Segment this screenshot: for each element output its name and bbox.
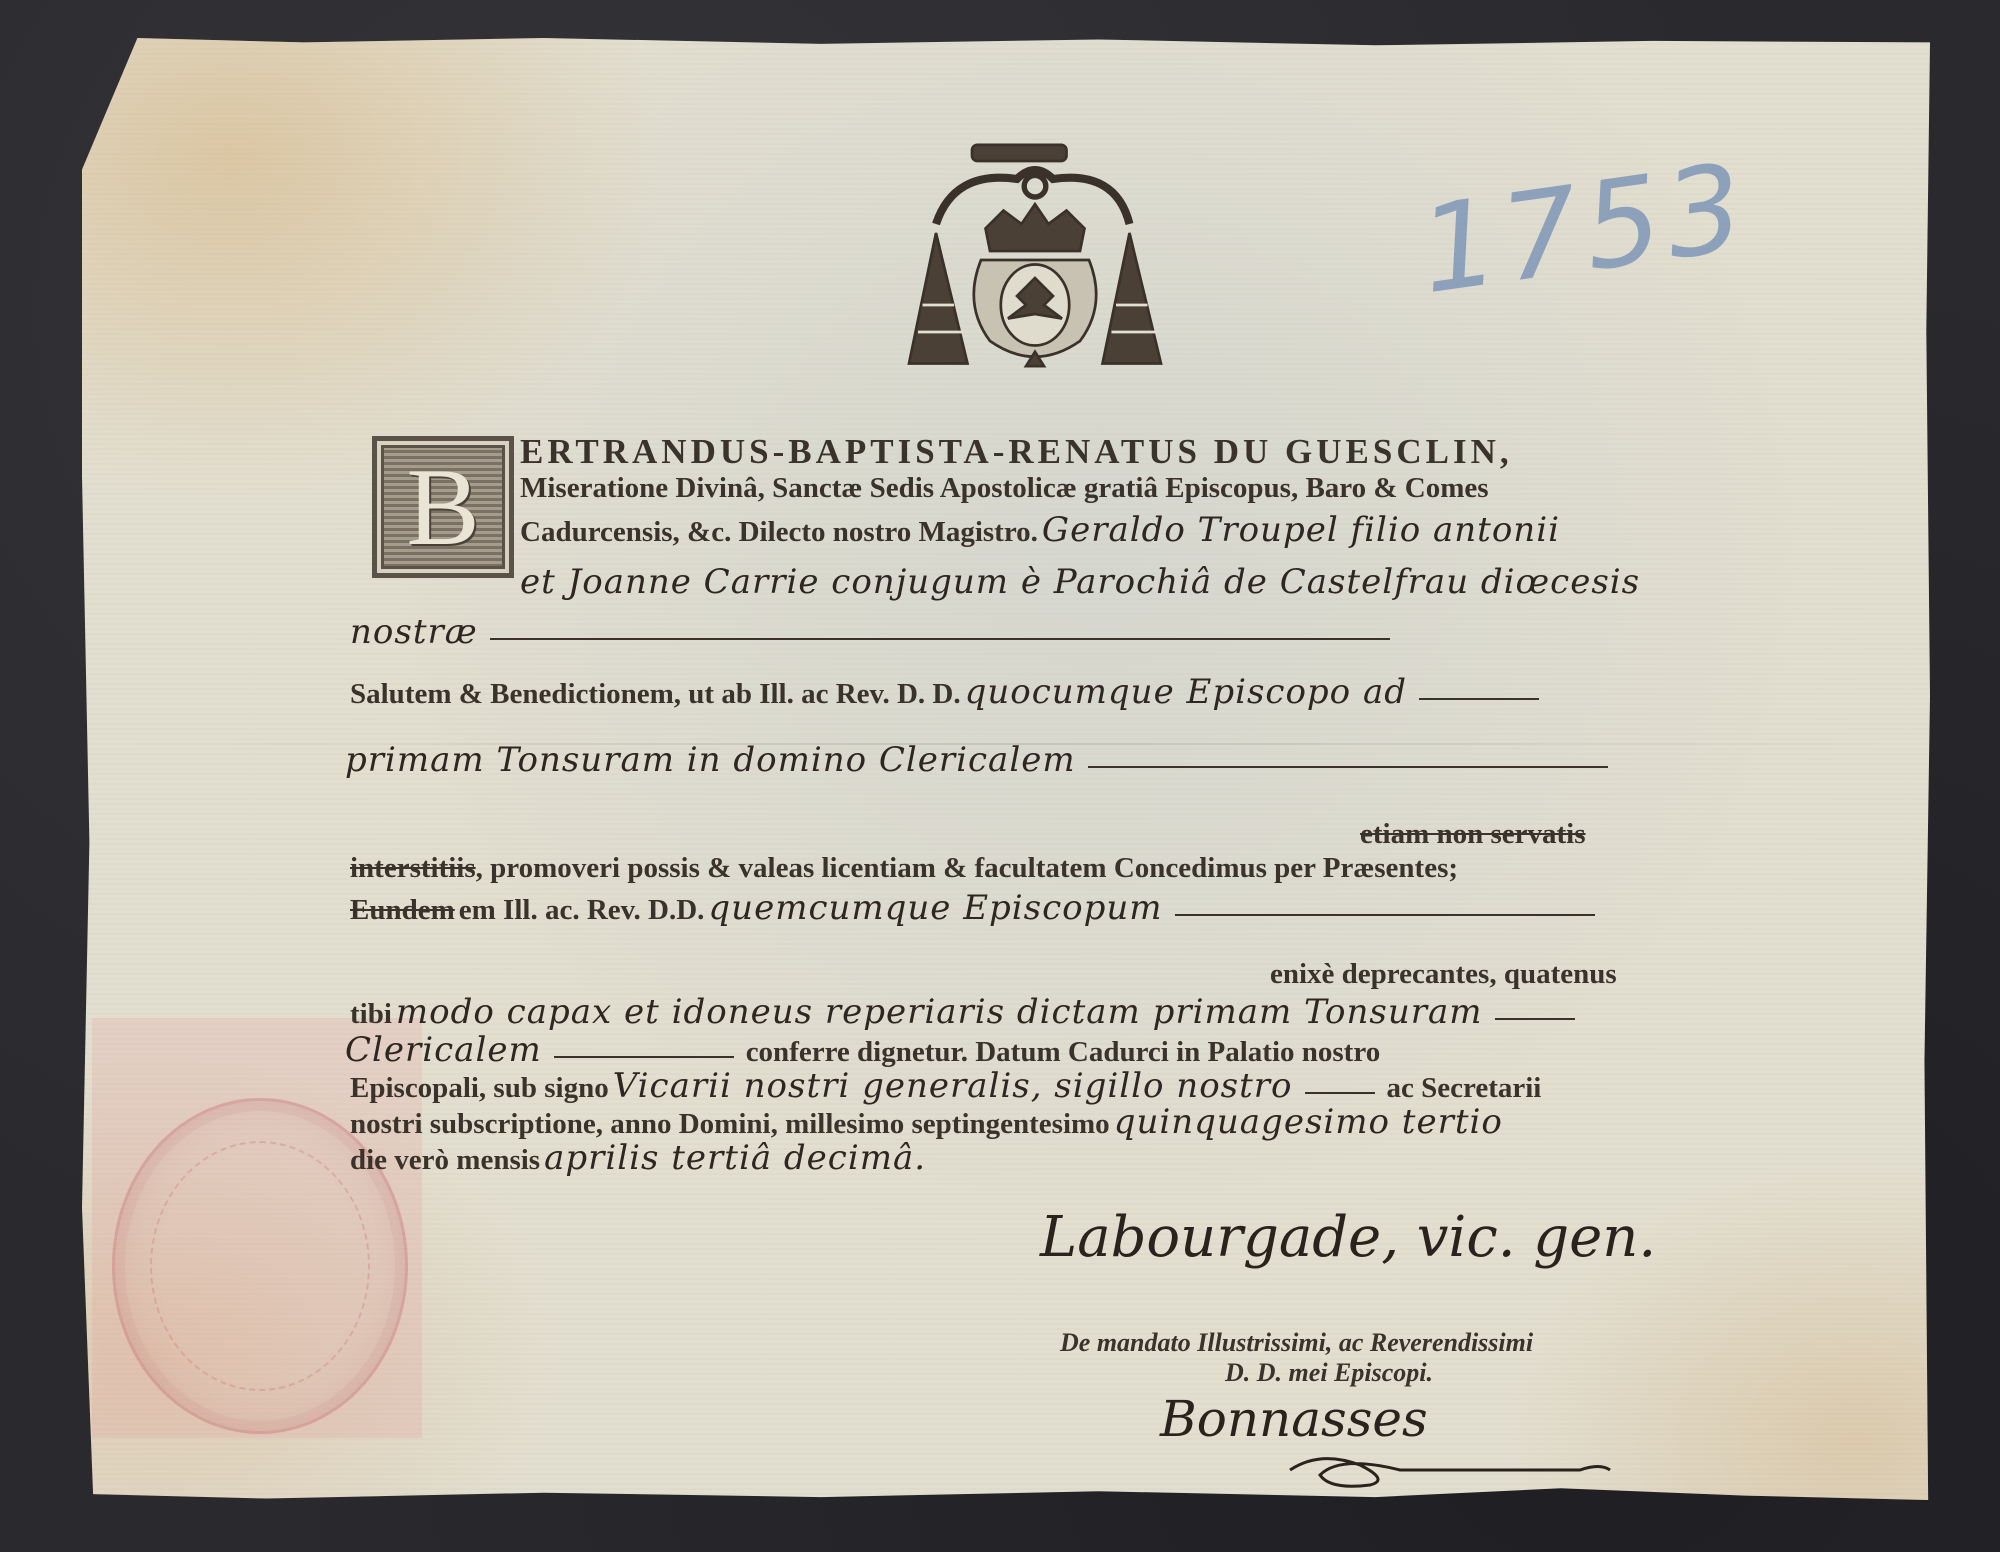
printed-line-7: etiam non servatis	[1360, 818, 1586, 851]
handwritten-text: nostræ	[350, 612, 478, 652]
handwritten-text: Geraldo Troupel filio antonii	[1042, 510, 1560, 550]
secretary-signature: Bonnasses	[1160, 1390, 1428, 1448]
text-line-14: nostri subscriptione, anno Domini, mille…	[350, 1102, 1503, 1142]
fill-dash	[1088, 766, 1608, 768]
text-line-9: Eundem em Ill. ac. Rev. D.D. quemcumque …	[350, 888, 1603, 928]
text-line-5: Salutem & Benedictionem, ut ab Ill. ac R…	[350, 672, 1547, 712]
printed-text-end: ac Secretarii	[1387, 1072, 1542, 1104]
printed-text: Salutem & Benedictionem, ut ab Ill. ac R…	[350, 678, 961, 710]
struck-printed-text: etiam non servatis	[1360, 818, 1586, 850]
text-line-4: nostræ	[350, 612, 1398, 652]
handwritten-text: Vicarii nostri generalis, sigillo nostro	[613, 1066, 1293, 1106]
episcopal-coat-of-arms-icon	[900, 125, 1170, 395]
handwritten-text: modo capax et idoneus reperiaris dictam …	[396, 992, 1483, 1032]
printed-line-1: Miseratione Divinâ, Sanctæ Sedis Apostol…	[520, 472, 1489, 505]
fill-dash	[1495, 1018, 1575, 1020]
printed-text: tibi	[350, 998, 392, 1030]
text-line-11: tibi modo capax et idoneus reperiaris di…	[350, 992, 1583, 1032]
handwritten-text: Clericalem	[345, 1030, 542, 1070]
handwritten-text: quocumque Episcopo ad	[965, 672, 1407, 712]
text-line-15: die verò mensis aprilis tertiâ decimâ.	[350, 1138, 926, 1178]
handwritten-text: quemcumque Episcopum	[708, 888, 1162, 928]
text-line-6: primam Tonsuram in domino Clericalem	[345, 740, 1616, 780]
handwritten-text: quinquagesimo tertio	[1114, 1102, 1503, 1142]
printed-text: Episcopali, sub signo	[350, 1072, 609, 1104]
mandate-line-1: De mandato Illustrissimi, ac Reverendiss…	[1060, 1328, 1533, 1358]
fill-dash	[1305, 1092, 1375, 1094]
handwritten-text: aprilis tertiâ decimâ.	[544, 1138, 926, 1178]
struck-printed-text: Eundem	[350, 894, 455, 926]
fill-dash	[1175, 914, 1595, 916]
text-line-2: Cadurcensis, &c. Dilecto nostro Magistro…	[520, 510, 1560, 550]
text-line-13: Episcopali, sub signo Vicarii nostri gen…	[350, 1066, 1541, 1106]
fill-dash	[490, 638, 1390, 640]
fill-dash	[554, 1056, 734, 1058]
fill-dash	[1419, 698, 1539, 700]
printed-text: conferre dignetur. Datum Cadurci in Pala…	[746, 1036, 1381, 1068]
printed-text: nostri subscriptione, anno Domini, mille…	[350, 1108, 1110, 1140]
printed-line-10: enixè deprecantes, quatenus	[1270, 958, 1617, 991]
vicar-general-signature: Labourgade, vic. gen.	[1040, 1205, 1656, 1270]
bishop-name-header: ERTRANDUS-BAPTISTA-RENATUS DU GUESCLIN,	[520, 432, 1513, 472]
handwritten-line-3: et Joanne Carrie conjugum è Parochiâ de …	[520, 562, 1640, 602]
printed-text: , promoveri possis & valeas licentiam & …	[476, 852, 1458, 884]
handwritten-text: primam Tonsuram in domino Clericalem	[345, 740, 1076, 780]
signature-flourish-icon	[1280, 1445, 1620, 1495]
text-line-12: Clericalem conferre dignetur. Datum Cadu…	[345, 1030, 1380, 1070]
printed-text: die verò mensis	[350, 1144, 540, 1176]
printed-text: Cadurcensis, &c. Dilecto nostro Magistro…	[520, 516, 1038, 548]
struck-printed-text: interstitiis	[350, 852, 476, 884]
printed-text: em Ill. ac. Rev. D.D.	[459, 894, 705, 926]
decorated-initial-letter: B	[372, 436, 514, 578]
mandate-line-2: D. D. mei Episcopi.	[1225, 1358, 1433, 1388]
text-line-8: interstitiis, promoveri possis & valeas …	[350, 852, 1458, 885]
